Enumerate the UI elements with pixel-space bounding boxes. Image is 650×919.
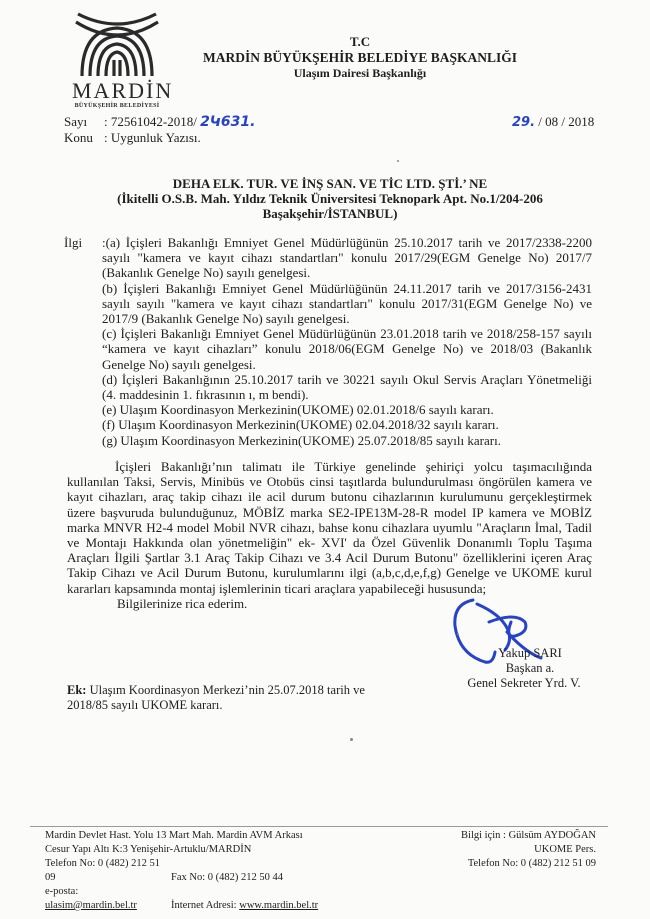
ilgi-item-e: (e) Ulaşım Koordinasyon Merkezinin(UKOME… [102,402,592,417]
footer-phone: Telefon No: 0 (482) 212 51 09 [45,857,171,885]
konu-label: Konu [64,130,104,146]
body-paragraph: İçişleri Bakanlığı’nın talimatı ile Türk… [67,459,592,596]
date-month-year: / 08 / 2018 [538,114,594,129]
footer-contact: Mardin Devlet Hast. Yolu 13 Mart Mah. Ma… [45,829,318,913]
body-paragraph-container: İçişleri Bakanlığı’nın talimatı ile Türk… [67,459,592,596]
ilgi-label: İlgi [64,235,82,251]
ilgi-item-f: (f) Ulaşım Koordinasyon Merkezinin(UKOME… [102,417,592,432]
logo-wordmark: MARDİN [72,78,162,104]
ilgi-list: :(a) İçişleri Bakanlığı Emniyet Genel Mü… [102,235,592,448]
footer-info: Bilgi için : Gülsüm AYDOĞAN UKOME Pers. … [400,829,596,871]
website-link[interactable]: www.mardin.bel.tr [239,900,318,911]
konu-value: : Uygunluk Yazısı. [104,130,201,145]
ilgi-item-c: (c) İçişleri Bakanlığı Emniyet Genel Müd… [102,326,592,372]
footer-address-1: Mardin Devlet Hast. Yolu 13 Mart Mah. Ma… [45,829,318,843]
sayi-label: Sayı [64,114,104,130]
footer-links: e-posta: ulasim@mardin.bel.trİnternet Ad… [45,885,318,913]
logo-subtitle: BÜYÜKŞEHİR BELEDİYESİ [72,103,162,109]
info-phone: Telefon No: 0 (482) 212 51 09 [400,857,596,871]
date-day-handwritten: 29. [512,115,535,130]
header-tc: T.C [160,34,560,50]
sayi-value: : 72561042-2018/ [104,114,197,129]
attachment-text: Ulaşım Koordinasyon Merkezi’nin 25.07.20… [67,683,365,712]
signer-title-2: Genel Sekreter Yrd. V. [434,676,614,691]
ilgi-item-a: :(a) İçişleri Bakanlığı Emniyet Genel Mü… [102,235,592,281]
attachment-note: Ek: Ulaşım Koordinasyon Merkezi’nin 25.0… [67,683,387,713]
email-link[interactable]: ulasim@mardin.bel.tr [45,900,137,911]
signer-title-1: Başkan a. [440,661,620,676]
sayi-row: Sayı: 72561042-2018/ 2Կ631. [64,114,255,130]
mardin-logo: MARDİN BÜYÜKŞEHİR BELEDİYESİ [72,8,162,108]
footer-phone-fax: Telefon No: 0 (482) 212 51 09Fax No: 0 (… [45,857,318,885]
ilgi-item-d: (d) İçişleri Bakanlığının 25.10.2017 tar… [102,372,592,402]
recipient-address-1: (İkitelli O.S.B. Mah. Yıldız Teknik Üniv… [80,191,580,206]
info-contact: Bilgi için : Gülsüm AYDOĞAN [400,829,596,843]
attachment-label: Ek: [67,683,86,697]
ilgi-item-b: (b) İçişleri Bakanlığı Emniyet Genel Müd… [102,281,592,327]
konu-row: Konu: Uygunluk Yazısı. [64,130,201,146]
ilgi-item-g: (g) Ulaşım Koordinasyon Merkezinin(UKOME… [102,433,592,448]
header-department: Ulaşım Dairesi Başkanlığı [160,66,560,81]
footer-fax: Fax No: 0 (482) 212 50 44 [171,872,283,883]
footer-address-2: Cesur Yapı Altı K:3 Yenişehir-Artuklu/MA… [45,843,318,857]
footer-divider [30,826,608,827]
recipient-name: DEHA ELK. TUR. VE İNŞ SAN. VE TİC LTD. Ş… [80,176,580,191]
arch-emblem-icon [72,8,162,78]
signer-name: Yakup SARI [440,646,620,661]
date: 29. / 08 / 2018 [512,114,594,130]
email-label: e-posta: [45,886,78,897]
sayi-handwritten: 2Կ631. [200,114,255,130]
web-label: İnternet Adresi: [171,900,239,911]
closing-line: Bilgilerinize rica ederim. [117,596,247,612]
header-institution: MARDİN BÜYÜKŞEHİR BELEDİYE BAŞKANLIĞI [160,50,560,66]
recipient-address-2: Başakşehir/İSTANBUL) [80,206,580,221]
info-dept: UKOME Pers. [400,843,596,857]
